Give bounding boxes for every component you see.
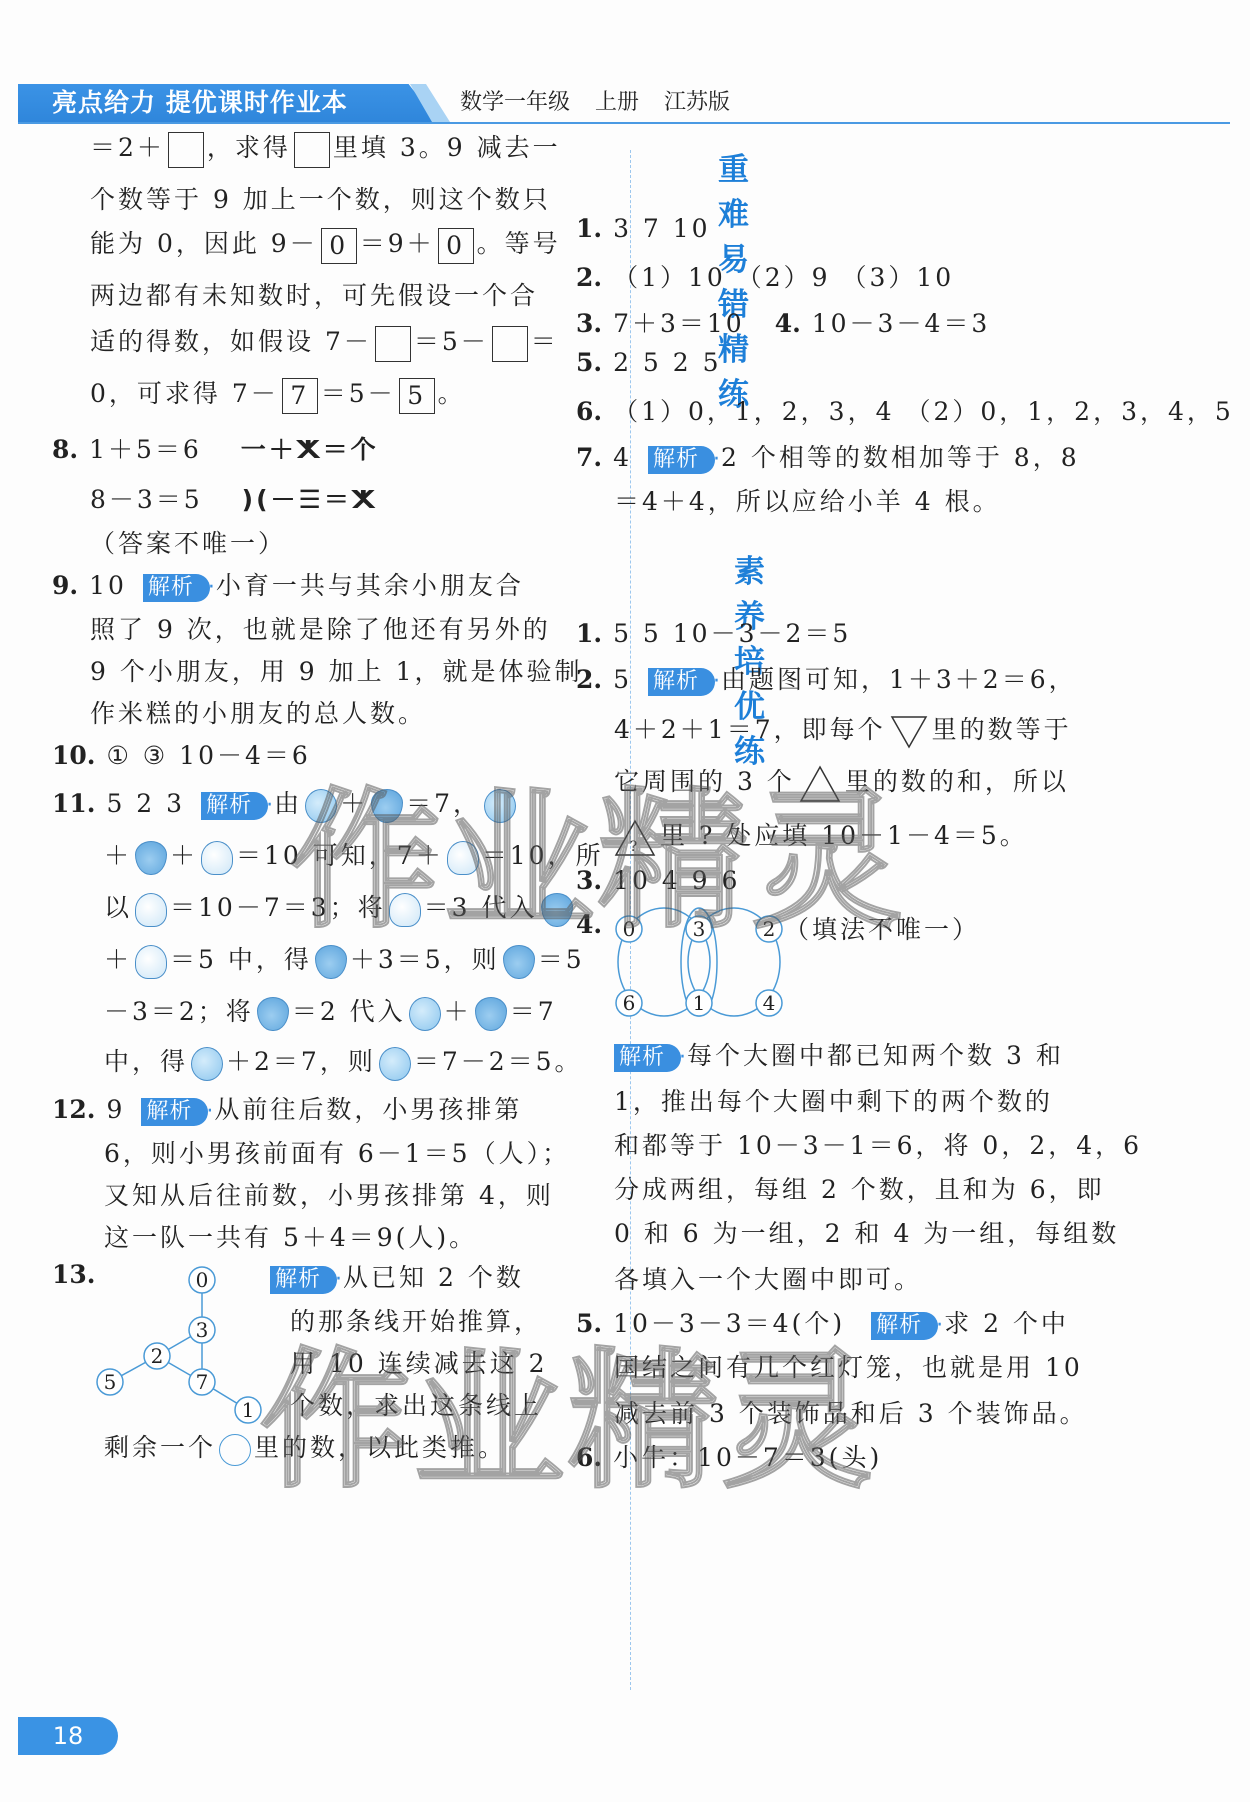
- text-line: 4＋2＋1＝7，即每个里的数等于: [614, 710, 1072, 749]
- s2-question-6: 6. 小牛：10－7＝3(头): [576, 1438, 882, 1474]
- question-13-number: 13.: [52, 1260, 96, 1289]
- pear-icon: [257, 997, 289, 1031]
- text-line: ＋＋＝10 可知，7＋＝10，所: [104, 836, 604, 875]
- answer-box: 0: [321, 228, 357, 264]
- text-line: 0，可求得 7－7＝5－5。: [90, 374, 466, 414]
- s2-question-3: 3. 10 4 9 6: [576, 866, 740, 895]
- text-line: 国结之间有几个红灯笼，也就是用 10: [614, 1348, 1083, 1384]
- pear-icon: [315, 945, 347, 979]
- s1-question-3-4: 3. 7＋3＝104. 10－3－4＝3: [576, 304, 990, 340]
- pear-icon: [503, 945, 535, 979]
- text-line: 的那条线开始推算，: [290, 1302, 542, 1338]
- svg-text:0: 0: [196, 1268, 209, 1292]
- svg-text:4: 4: [763, 991, 776, 1015]
- apple-icon: [409, 997, 441, 1031]
- symbol-equation: )(－☰＝ⵅ: [242, 485, 378, 514]
- svg-text:7: 7: [196, 1370, 209, 1394]
- pear-icon: [475, 997, 507, 1031]
- text-line: 以＝10－7＝3；将＝3 代入: [104, 888, 576, 927]
- text-line: 0 和 6 为一组，2 和 4 为一组，每组数: [614, 1214, 1119, 1250]
- text-line: 中，得＋2＝7，则＝7－2＝5。: [104, 1042, 583, 1081]
- text-line: 能为 0，因此 9－0＝9＋0。等号: [90, 224, 561, 264]
- text-line: 分成两组，每组 2 个数，且和为 6，即: [614, 1170, 1105, 1206]
- down-triangle-icon: [890, 715, 928, 749]
- text-line: 这一队一共有 5＋4＝9(人)。: [104, 1218, 477, 1254]
- up-triangle-icon: [799, 765, 841, 803]
- analysis-tag: 解析: [648, 446, 715, 474]
- text-line: 和都等于 10－3－1＝6，将 0，2，4，6: [614, 1126, 1142, 1162]
- text-line: 用 10 连续减去这 2: [290, 1344, 548, 1380]
- text-line: 剩余一个里的数，以此类推。: [104, 1428, 506, 1466]
- svg-text:6: 6: [623, 991, 636, 1015]
- answer-box: [492, 326, 528, 362]
- pear-icon: [135, 841, 167, 875]
- intersecting-circles-diagram: 0 3 2 6 1 4: [610, 904, 790, 1024]
- answer-box: 5: [399, 378, 435, 414]
- s1-question-7: 7. 4解析2 个相等的数相加等于 8，8: [576, 438, 1080, 474]
- question-9: 9. 10解析小育一共与其余小朋友合: [52, 566, 524, 602]
- svg-text:2: 2: [151, 1344, 164, 1368]
- s2-question-1: 1. 5 5 10－3－2＝5: [576, 614, 851, 650]
- apple-icon: [379, 1047, 411, 1081]
- text-line: 9 个小朋友，用 9 加上 1，就是体验制: [90, 652, 583, 688]
- pear-icon: [541, 893, 573, 927]
- svg-text:3: 3: [693, 917, 706, 941]
- text-line: 作米糕的小朋友的总人数。: [90, 694, 426, 730]
- text-line: ＝4＋4，所以应给小羊 4 根。: [614, 482, 1001, 518]
- text-line: 两边都有未知数时，可先假设一个合: [90, 276, 538, 312]
- peach-icon: [201, 841, 233, 875]
- text-line: 它周围的 3 个里的数的和，所以: [614, 762, 1069, 803]
- text-line: 照了 9 次，也就是除了他还有另外的: [90, 610, 551, 646]
- apple-icon: [484, 789, 516, 823]
- svg-text:3: 3: [196, 1318, 209, 1342]
- answer-box: [294, 132, 330, 168]
- question-triangle-icon: ?: [614, 819, 656, 857]
- text-line: 各填入一个大圈中即可。: [614, 1260, 922, 1296]
- text-line: 又知从后往前数，小男孩排第 4，则: [104, 1176, 554, 1212]
- text-line: 个数等于 9 加上一个数，则这个数只: [90, 180, 551, 216]
- text-line: 6，则小男孩前面有 6－1＝5（人）；: [104, 1134, 570, 1170]
- text-line: 适的得数，如假设 7－＝5－＝: [90, 322, 559, 362]
- s1-question-5: 5. 2 5 2 5: [576, 348, 722, 377]
- book-subtitle: 数学一年级 上册 江苏版: [460, 84, 730, 122]
- page-header: 亮点给力 提优课时作业本 数学一年级 上册 江苏版: [18, 84, 1230, 124]
- question-11: 11. 5 2 3解析由＋＝7，: [52, 784, 519, 823]
- pear-icon: [371, 789, 403, 823]
- text-line: 1，推出每个大圈中剩下的两个数的: [614, 1082, 1053, 1118]
- svg-text:1: 1: [693, 991, 706, 1015]
- answer-box: [168, 132, 204, 168]
- answer-box: 7: [282, 378, 318, 414]
- s2-question-5: 5. 10－3－3＝4(个)解析求 2 个中: [576, 1304, 1069, 1340]
- brand-banner: 亮点给力 提优课时作业本: [18, 84, 438, 122]
- analysis-tag: 解析: [270, 1266, 337, 1294]
- apple-icon: [305, 789, 337, 823]
- svg-text:1: 1: [242, 1398, 255, 1422]
- svg-text:0: 0: [623, 917, 636, 941]
- question-8-line2: 8－3＝5 )(－☰＝ⵅ: [90, 480, 378, 516]
- peach-icon: [135, 893, 167, 927]
- circle-icon: [219, 1434, 251, 1466]
- svg-text:5: 5: [104, 1370, 117, 1394]
- answer-box: [375, 326, 411, 362]
- header-rule: [18, 122, 1230, 124]
- svg-text:2: 2: [763, 917, 776, 941]
- s1-question-2: 2. （1）10 （2）9 （3）10: [576, 258, 954, 294]
- svg-text:?: ?: [630, 839, 641, 855]
- s2-question-2: 2. 5解析由题图可知，1＋3＋2＝6，: [576, 660, 1077, 696]
- page-number: 18: [18, 1717, 118, 1755]
- note: （答案不唯一）: [90, 524, 286, 560]
- analysis-tag: 解析: [614, 1044, 681, 1072]
- text-line: ＋＝5 中，得＋3＝5，则＝5: [104, 940, 585, 979]
- analysis-tag: 解析: [648, 668, 715, 696]
- s2-question-4-analysis: 解析每个大圈中都已知两个数 3 和: [614, 1036, 1064, 1072]
- peach-icon: [389, 893, 421, 927]
- symbol-equation: 一＋ⵅ＝个: [241, 435, 379, 464]
- text-line: －3＝2；将＝2 代入＋＝7: [104, 992, 557, 1031]
- analysis-tag: 解析: [201, 792, 268, 820]
- text-line: 个数，求出这条线上: [290, 1386, 542, 1422]
- apple-icon: [191, 1047, 223, 1081]
- s1-question-1: 1. 3 7 10: [576, 214, 711, 243]
- question-12: 12. 9解析从前往后数，小男孩排第: [52, 1090, 522, 1126]
- peach-icon: [135, 945, 167, 979]
- text-line: ＝2＋，求得里填 3。9 减去一: [90, 128, 561, 168]
- note: （填法不唯一）: [784, 910, 980, 946]
- analysis-tag: 解析: [871, 1312, 938, 1340]
- question-13-analysis: 解析从已知 2 个数: [270, 1258, 524, 1294]
- peach-icon: [447, 841, 479, 875]
- question-10: 10. ① ③ 10－4＝6: [52, 736, 311, 772]
- s1-question-6: 6. （1）0，1，2，3，4 （2）0，1，2，3，4，5: [576, 392, 1234, 428]
- question-8: 8. 1＋5＝6 一＋ⵅ＝个: [52, 430, 379, 466]
- answer-box: 0: [438, 228, 474, 264]
- analysis-tag: 解析: [143, 574, 210, 602]
- text-line: ?里 ? 处应填 10－1－4＝5。: [614, 816, 1028, 857]
- text-line: 减去前 3 个装饰品和后 3 个装饰品。: [614, 1394, 1088, 1430]
- analysis-tag: 解析: [141, 1098, 208, 1126]
- s2-question-4-number: 4.: [576, 910, 602, 939]
- number-graph-diagram: 0 3 2 7 5 1: [90, 1258, 290, 1433]
